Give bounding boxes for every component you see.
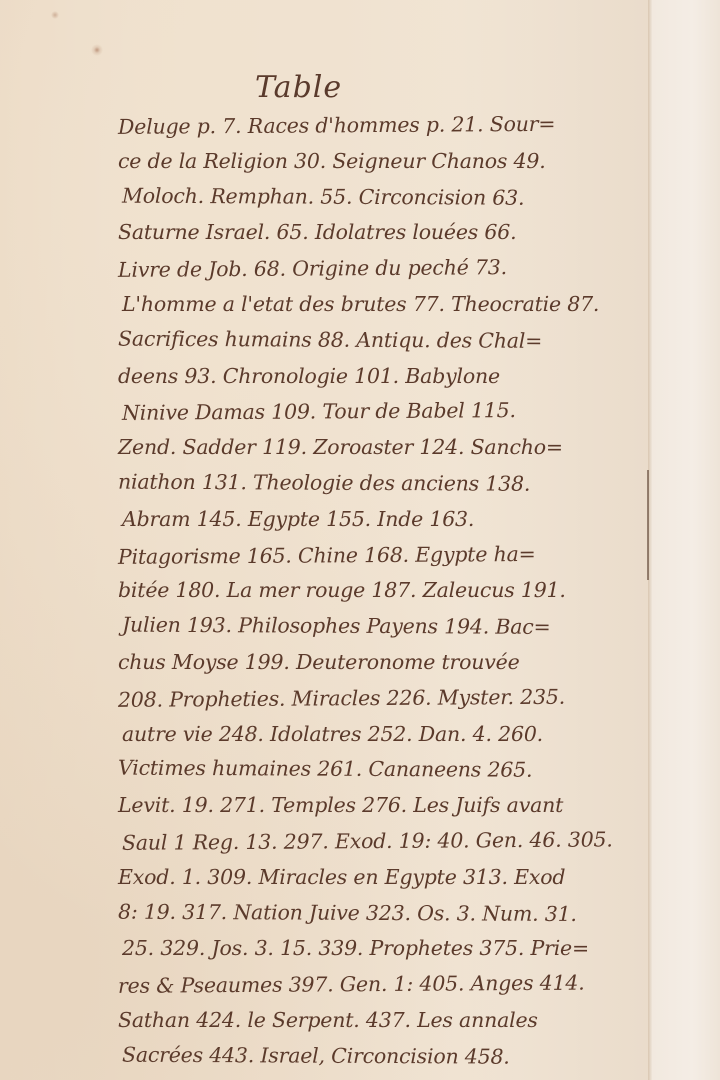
toc-line: Sacrifices humains 88. Antiqu. des Chal=	[118, 321, 648, 360]
toc-line: niathon 131. Theologie des anciens 138.	[118, 465, 648, 504]
toc-line: Abram 145. Egypte 155. Inde 163.	[118, 502, 648, 538]
toc-line: autre vie 248. Idolatres 252. Dan. 4. 26…	[118, 717, 648, 753]
page-title: Table	[255, 70, 342, 105]
toc-line: Deluge p. 7. Races d'hommes p. 21. Sour=	[118, 106, 648, 145]
toc-line: chus Moyse 199. Deuteronome trouvée	[118, 645, 648, 681]
toc-line: Victimes humaines 261. Cananeens 265.	[118, 751, 648, 790]
toc-line: deens 93. Chronologie 101. Babylone	[118, 359, 648, 395]
adjacent-page	[652, 0, 720, 1080]
toc-line: ce de la Religion 30. Seigneur Chanos 49…	[118, 144, 648, 180]
toc-line: 25. 329. Jos. 3. 15. 339. Prophetes 375.…	[118, 931, 648, 967]
toc-line: 8: 19. 317. Nation Juive 323. Os. 3. Num…	[118, 894, 648, 933]
toc-line: bitée 180. La mer rouge 187. Zaleucus 19…	[118, 573, 648, 609]
toc-line: 208. Propheties. Miracles 226. Myster. 2…	[118, 679, 648, 718]
toc-line: Sathan 424. le Serpent. 437. Les annales	[118, 1003, 648, 1039]
toc-line: Livre de Job. 68. Origine du peché 73.	[118, 249, 648, 288]
toc-line: Saturne Israel. 65. Idolatres louées 66.	[118, 215, 648, 251]
toc-line: Zend. Sadder 119. Zoroaster 124. Sancho=	[118, 430, 648, 466]
toc-line: Moloch. Remphan. 55. Circoncision 63.	[118, 178, 648, 217]
toc-line: L'homme a l'etat des brutes 77. Theocrat…	[118, 287, 648, 323]
table-of-contents: Deluge p. 7. Races d'hommes p. 21. Sour=…	[118, 108, 648, 1075]
toc-line: res & Pseaumes 397. Gen. 1: 405. Anges 4…	[118, 965, 648, 1004]
toc-line: Julien 193. Philosophes Payens 194. Bac=	[118, 608, 648, 647]
toc-line: Sacrées 443. Israel, Circoncision 458.	[118, 1037, 648, 1076]
toc-line: Pitagorisme 165. Chine 168. Egypte ha=	[118, 536, 648, 575]
toc-line: Exod. 1. 309. Miracles en Egypte 313. Ex…	[118, 860, 648, 896]
toc-line: Saul 1 Reg. 13. 297. Exod. 19: 40. Gen. …	[118, 822, 648, 861]
toc-line: Levit. 19. 271. Temples 276. Les Juifs a…	[118, 788, 648, 824]
toc-line: Ninive Damas 109. Tour de Babel 115.	[118, 393, 648, 432]
